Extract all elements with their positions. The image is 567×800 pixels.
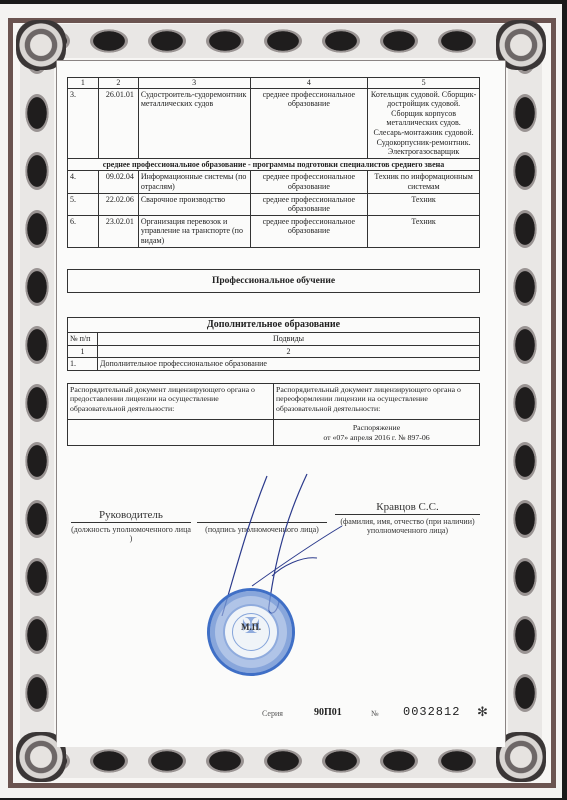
program-name: Информационные системы (по отраслям) [138,171,250,193]
series-label: Серия [262,709,283,718]
seal-label: М.П. [210,622,292,632]
row-number: 5. [68,193,99,215]
number-label: № [371,709,379,718]
program-name: Организация перевозок и управление на тр… [138,215,250,247]
asterisk-mark-icon: ✻ [477,704,488,720]
row-number: 6. [68,215,99,247]
grant-document-value [68,420,274,446]
order-date-number: от «07» апреля 2016 г. № 897-06 [323,433,429,442]
section-title: среднее профессиональное образование - п… [68,158,480,171]
education-level: среднее профессиональное образование [250,171,368,193]
column-header: 5 [368,78,480,89]
scanned-document-page: 1 2 3 4 5 3. 26.01.01 Судостроитель-судо… [0,4,562,798]
position-caption: (должность уполномоченного лица ) [71,525,191,543]
ornamental-border-left [20,26,54,776]
education-level: среднее профессиональное образование [250,215,368,247]
program-code: 22.02.06 [98,193,138,215]
document-content: 1 2 3 4 5 3. 26.01.01 Судостроитель-судо… [57,61,505,747]
qualification: Техник по информационным системам [368,171,480,193]
row-number: 4. [68,171,99,193]
grant-document-label: Распорядительный документ лицензирующего… [68,384,274,420]
table-header-row: 1 2 3 4 5 [68,78,480,89]
column-index: 1 [68,345,98,358]
blank-number: 0032812 [403,705,460,719]
column-header-number: № п/п [68,333,98,346]
additional-education-title: Дополнительное образование [68,318,480,333]
license-documents-table: Распорядительный документ лицензирующего… [67,383,480,446]
table-row: 5. 22.02.06 Сварочное производство средн… [68,193,480,215]
professional-training-title: Профессиональное обучение [67,269,480,293]
program-code: 26.01.01 [98,88,138,158]
row-number: 3. [68,88,99,158]
qualification: Котельщик судовой. Сборщик-достройщик су… [368,88,480,158]
table-row: 3. 26.01.01 Судостроитель-судоремонтник … [68,88,480,158]
reissue-document-label: Распорядительный документ лицензирующего… [274,384,480,420]
ornamental-border-right [508,26,542,776]
qualification: Техник [368,193,480,215]
reissue-document-value: Распоряжение от «07» апреля 2016 г. № 89… [274,420,480,446]
position-title: Руководитель [71,509,191,523]
column-header-subtypes: Подвиды [98,333,480,346]
qualification: Техник [368,215,480,247]
table-row: 6. 23.02.01 Организация перевозок и упра… [68,215,480,247]
signatory-name: Кравцов С.С. [335,501,480,515]
series-value: 90П01 [314,707,342,718]
education-level: среднее профессиональное образование [250,88,368,158]
column-header: 4 [250,78,368,89]
table-row: 4. 09.02.04 Информационные системы (по о… [68,171,480,193]
column-header: 3 [138,78,250,89]
ornamental-border-bottom [22,744,540,778]
column-header: 2 [98,78,138,89]
ornamental-border-top [22,24,540,58]
row-number: 1. [68,358,98,371]
position-block: Руководитель (должность уполномоченного … [71,509,191,543]
program-code: 23.02.01 [98,215,138,247]
program-name: Судостроитель-судоремонтник металлически… [138,88,250,158]
official-seal: ✠ М.П. [207,588,295,676]
column-header: 1 [68,78,99,89]
program-name: Сварочное производство [138,193,250,215]
table-row: 1. Дополнительное профессиональное образ… [68,358,480,371]
program-code: 09.02.04 [98,171,138,193]
additional-education-table: Дополнительное образование № п/п Подвиды… [67,317,480,371]
column-index: 2 [98,345,480,358]
name-block: Кравцов С.С. (фамилия, имя, отчество (пр… [335,501,480,535]
order-type: Распоряжение [353,423,400,432]
programs-table: 1 2 3 4 5 3. 26.01.01 Судостроитель-судо… [67,77,480,248]
section-row: среднее профессиональное образование - п… [68,158,480,171]
subtype-name: Дополнительное профессиональное образова… [98,358,480,371]
name-caption: (фамилия, имя, отчество (при наличии) уп… [340,517,474,535]
education-level: среднее профессиональное образование [250,193,368,215]
